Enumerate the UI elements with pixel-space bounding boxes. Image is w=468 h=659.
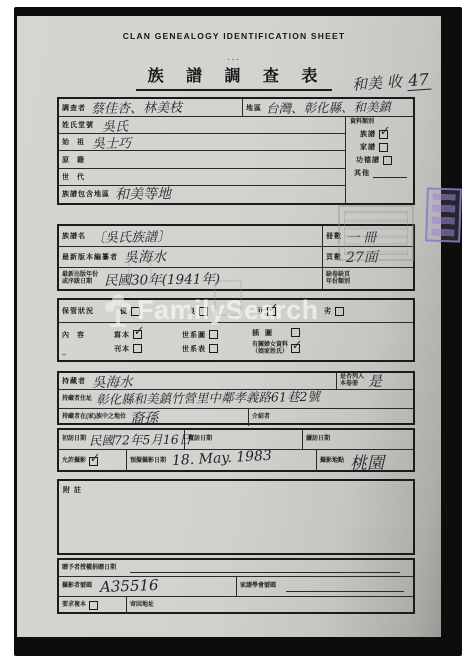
printed-checkbox bbox=[133, 344, 142, 353]
material-zupu-label: 族譜 bbox=[360, 129, 376, 139]
content-dots: ‥ bbox=[62, 351, 66, 357]
women-data-checkbox bbox=[291, 344, 300, 353]
photographer-number-label: 攝影者號碼 bbox=[62, 583, 92, 590]
include-label-line1: 是否列入 bbox=[340, 374, 364, 381]
area-value: 台灣、彰化縣、和美鎮 bbox=[266, 97, 391, 117]
compiler-label: 最新版本編纂者 bbox=[62, 252, 118, 262]
holder-address-label: 持藏者住址 bbox=[62, 396, 92, 403]
keep-condition-label: 保管狀況 bbox=[62, 306, 94, 316]
photo-place-value: 桃園 bbox=[350, 448, 384, 473]
society-number-label: 家譜學會號碼 bbox=[240, 583, 276, 590]
coverage-label: 族譜包含地區 bbox=[62, 189, 110, 199]
embossed-seal-large bbox=[338, 205, 414, 261]
content-label: 內容 bbox=[62, 332, 92, 339]
origin-label: 原籍 bbox=[62, 155, 92, 165]
holder-value: 吳海水 bbox=[92, 370, 133, 391]
return-address-label: 寄回地址 bbox=[130, 602, 154, 609]
generations-label: 世代 bbox=[62, 172, 92, 182]
grade-good-label: 良 bbox=[188, 306, 196, 316]
grade-good-checkbox bbox=[199, 307, 208, 316]
surname-label: 姓氏堂號 bbox=[62, 120, 94, 130]
pub-date-label-line2: 或序跋日期 bbox=[62, 279, 98, 286]
manuscript-checkbox bbox=[133, 330, 142, 339]
donor-date-label: 贈予者授權捐贈日期 bbox=[62, 565, 116, 572]
material-other-line bbox=[373, 168, 407, 178]
grade-excellent-checkbox bbox=[131, 307, 140, 316]
grade-fair-label: 可 bbox=[256, 306, 264, 316]
material-jiapu-checkbox bbox=[379, 143, 388, 152]
embossed-seal-mid bbox=[214, 280, 242, 316]
lineage-chart-checkbox bbox=[209, 330, 218, 339]
english-title: CLAN GENEALOGY IDENTIFICATION SHEET bbox=[0, 31, 468, 41]
women-data-label-line1: 有關婦女資料 bbox=[252, 342, 288, 349]
investigator-label: 調查者 bbox=[62, 103, 86, 113]
scanned-genealogy-sheet: CLAN GENEALOGY IDENTIFICATION SHEET ... … bbox=[0, 0, 468, 659]
illustrations-label: 插圖 bbox=[252, 328, 278, 338]
include-label-line2: 本卷冊 bbox=[340, 381, 364, 388]
first-visit-value: 民國72年5月16日 bbox=[89, 429, 192, 448]
include-value: 是 bbox=[368, 371, 382, 391]
illustrations-checkbox bbox=[291, 328, 300, 337]
material-gongdepu-checkbox bbox=[383, 156, 392, 165]
manuscript-label: 寫本 bbox=[114, 330, 130, 340]
second-visit-label: 覆訪日期 bbox=[188, 436, 212, 443]
grade-fair-checkbox bbox=[267, 307, 276, 316]
first-ancestor-label: 始祖 bbox=[62, 137, 92, 147]
grade-excellent-label: 優 bbox=[120, 306, 128, 316]
filing-note-number: 47 bbox=[406, 70, 432, 92]
title-value: 〔吳氏族譜〕 bbox=[92, 225, 170, 245]
donor-date-line bbox=[130, 563, 400, 573]
processing-table: 贈予者授權捐贈日期 攝影者號碼 A35516 家譜學會號碼 要求複本 寄回地址 bbox=[57, 558, 415, 614]
material-jiapu-label: 家譜 bbox=[360, 142, 376, 152]
request-copy-checkbox bbox=[89, 601, 98, 610]
pub-date-value: 民國30年(1941年) bbox=[104, 267, 220, 289]
notes-table: 附 註 bbox=[57, 479, 415, 555]
request-copy-label: 要求複本 bbox=[62, 602, 86, 609]
notes-label: 附 註 bbox=[63, 485, 82, 495]
photo-permit-checkbox bbox=[89, 457, 98, 466]
grade-poor-checkbox bbox=[335, 307, 344, 316]
missing-label-line1: 缺卷缺頁 bbox=[326, 272, 350, 279]
photo-date-label: 預擬攝影日期 bbox=[130, 458, 166, 465]
third-visit-label: 續訪日期 bbox=[306, 436, 330, 443]
introducer-label: 介紹者 bbox=[252, 414, 270, 421]
first-ancestor-value: 吳士巧 bbox=[92, 132, 131, 152]
purple-stamp bbox=[425, 187, 462, 242]
material-other-label: 其他 bbox=[354, 168, 370, 178]
material-gongdepu-label: 功德譜 bbox=[356, 155, 380, 165]
photo-date-value: 18. May. 1983 bbox=[172, 448, 273, 469]
lineage-table-label: 世系表 bbox=[182, 344, 206, 354]
holder-address-value: 彰化縣和美鎮竹營里中鄰孝義路61巷2號 bbox=[96, 387, 320, 408]
embossed-seal-small bbox=[128, 260, 152, 284]
purple-stamp-glyphs bbox=[431, 194, 455, 237]
photo-permit-label: 允許攝影 bbox=[62, 458, 86, 465]
filing-note-text: 和美 收 bbox=[351, 73, 402, 94]
printed-label: 刊本 bbox=[114, 344, 130, 354]
first-visit-label: 初訪日期 bbox=[62, 436, 86, 443]
grade-poor-label: 劣 bbox=[324, 306, 332, 316]
lineage-chart-label: 世系圖 bbox=[182, 330, 206, 340]
basic-info-table: 調查者 蔡佳杏、林美枝 地區 台灣、彰化縣、和美鎮 姓氏堂號 吳氏 始祖 bbox=[57, 97, 415, 205]
photographer-number-value: A35516 bbox=[100, 575, 159, 595]
material-zupu-checkbox bbox=[379, 130, 388, 139]
holder-position-value: 裔孫 bbox=[130, 407, 158, 427]
embossed-seal-pattern bbox=[344, 211, 408, 255]
coverage-value: 和美等地 bbox=[115, 184, 171, 205]
holder-label: 持藏者 bbox=[62, 376, 86, 386]
investigator-value: 蔡佳杏、林美枝 bbox=[91, 97, 182, 117]
chinese-title: 族 譜 調 查 表 bbox=[136, 63, 333, 91]
title-dots: ... bbox=[0, 52, 468, 62]
holder-position-label: 持藏者在(家)族中之地位 bbox=[62, 414, 126, 421]
photo-place-label: 攝影地點 bbox=[320, 458, 344, 465]
lineage-table-checkbox bbox=[209, 344, 218, 353]
pub-date-label-line1: 最新出版年份 bbox=[62, 272, 98, 279]
area-label: 地區 bbox=[246, 103, 262, 113]
missing-label-line2: 年份類別 bbox=[326, 279, 350, 286]
holder-table: 持藏者 吳海水 是否列入 本卷冊 是 持藏者住址 彰化縣和美鎮竹營里中鄰孝義路6… bbox=[57, 371, 415, 425]
women-data-label-line2: （娘家姓氏） bbox=[252, 349, 288, 356]
society-number-line bbox=[286, 582, 404, 592]
visit-table: 初訪日期 民國72年5月16日 覆訪日期 續訪日期 允許攝影 預擬攝影日期 18… bbox=[57, 428, 415, 472]
title-label: 族譜名 bbox=[62, 231, 86, 241]
